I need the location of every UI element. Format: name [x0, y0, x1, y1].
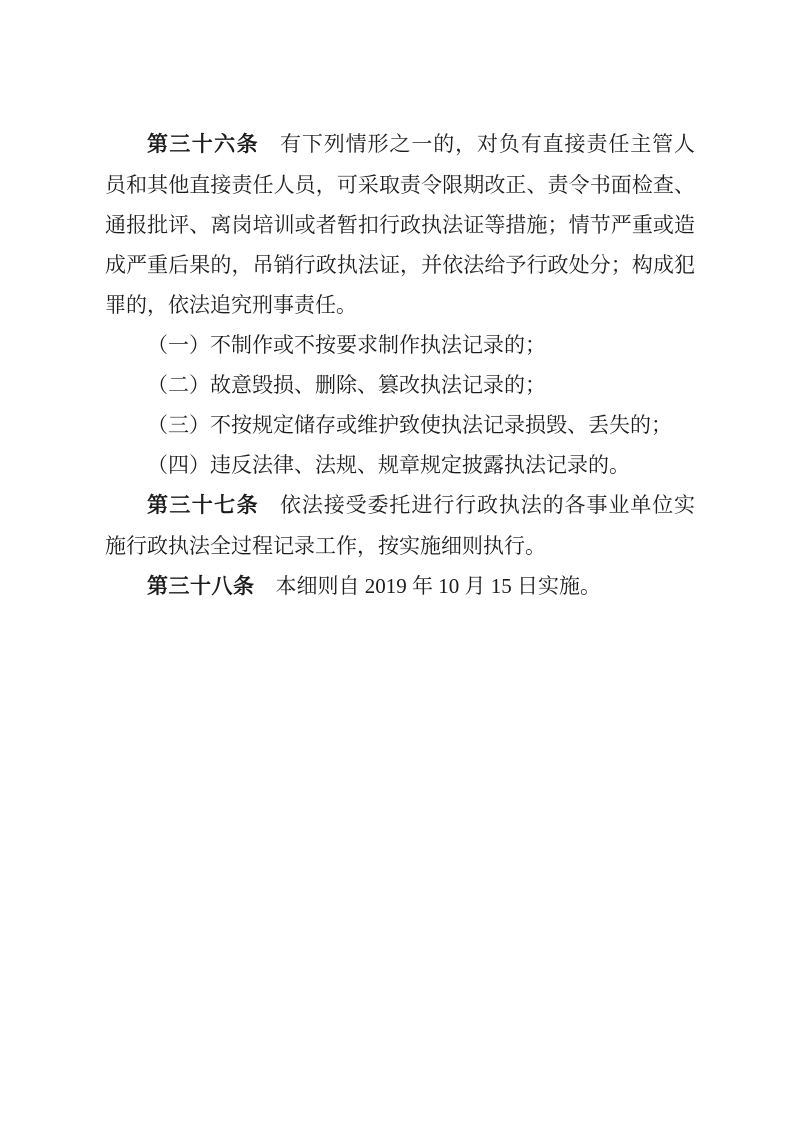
list-item-text: （二）故意毁损、删除、篡改执法记录的； [147, 373, 546, 397]
document-page: 第三十六条有下列情形之一的，对负有直接责任主管人员和其他直接责任人员，可采取责令… [0, 0, 793, 1122]
article-text: 有下列情形之一的，对负有直接责任主管人员和其他直接责任人员，可采取责令限期改正、… [105, 132, 695, 317]
article-text: 本细则自 2019 年 10 月 15 日实施。 [276, 574, 602, 598]
list-item-text: （三）不按规定储存或维护致使执法记录损毁、丢失的； [147, 413, 672, 437]
article-number: 第三十六条 [147, 133, 259, 156]
list-item-3: （三）不按规定储存或维护致使执法记录损毁、丢失的； [105, 405, 695, 445]
list-item-1: （一）不制作或不按要求制作执法记录的； [105, 325, 695, 365]
article-paragraph-38: 第三十八条本细则自 2019 年 10 月 15 日实施。 [105, 566, 695, 607]
article-number: 第三十八条 [147, 575, 255, 598]
list-item-4: （四）违反法律、法规、规章规定披露执法记录的。 [105, 445, 695, 485]
article-number: 第三十七条 [147, 494, 259, 517]
article-paragraph-36: 第三十六条有下列情形之一的，对负有直接责任主管人员和其他直接责任人员，可采取责令… [105, 124, 695, 325]
list-item-text: （四）违反法律、法规、规章规定披露执法记录的。 [147, 453, 630, 477]
list-item-text: （一）不制作或不按要求制作执法记录的； [147, 333, 546, 357]
article-paragraph-37: 第三十七条依法接受委托进行行政执法的各事业单位实施行政执法全过程记录工作，按实施… [105, 485, 695, 566]
list-item-2: （二）故意毁损、删除、篡改执法记录的； [105, 365, 695, 405]
